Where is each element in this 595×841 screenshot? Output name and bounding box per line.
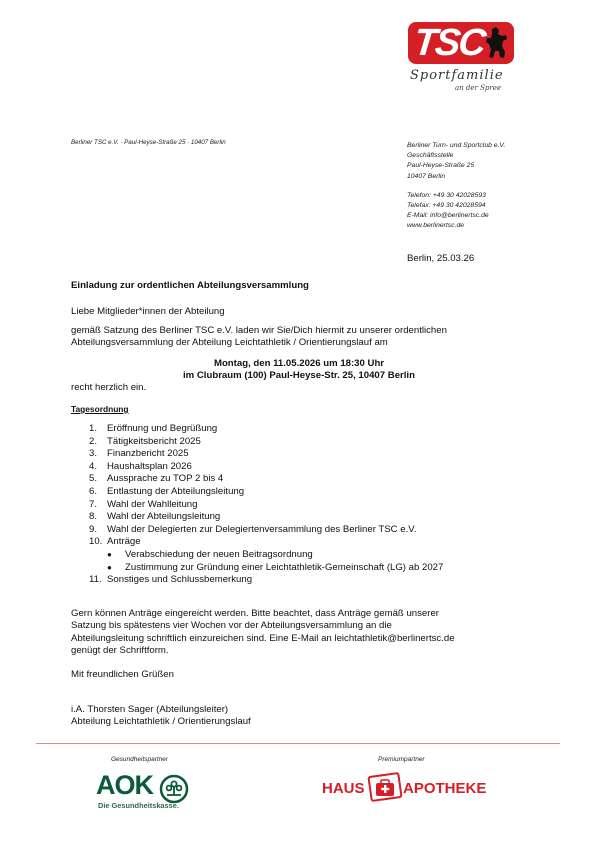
bullet-icon: ● (107, 562, 125, 575)
berlin-bear-icon (482, 26, 510, 60)
club-street: Paul-Heyse-Straße 25 (407, 161, 505, 171)
salutation: Liebe Mitglieder*innen der Abteilung (71, 306, 225, 317)
premium-partner-label: Premiumpartner (378, 756, 425, 763)
club-email: E-Mail: info@berlinertsc.de (407, 211, 505, 221)
aok-tree-icon (159, 774, 189, 804)
club-office: Geschäftsstelle (407, 151, 505, 161)
club-city: 10407 Berlin (407, 172, 505, 182)
tsc-logo-text: TSC (412, 22, 486, 64)
health-partner-label: Gesundheitspartner (111, 756, 168, 763)
agenda-item: 2.Tätigkeitsbericht 2025 (89, 436, 443, 449)
agenda-item: 1.Eröffnung und Begrüßung (89, 423, 443, 436)
agenda-item: 3.Finanzbericht 2025 (89, 448, 443, 461)
hausapotheke-logo-left: HAUS (322, 780, 365, 797)
agenda-item: 4.Haushaltsplan 2026 (89, 461, 443, 474)
aok-slogan: Die Gesundheitskasse. (98, 801, 179, 810)
agenda-list: 1.Eröffnung und Begrüßung 2.Tätigkeitsbe… (89, 423, 443, 587)
signature-block: i.A. Thorsten Sager (Abteilungsleiter) A… (71, 704, 251, 729)
letter-date: Berlin, 25.03.26 (407, 253, 474, 264)
letter-title: Einladung zur ordentlichen Abteilungsver… (71, 280, 309, 291)
agenda-item: 7.Wahl der Wahlleitung (89, 499, 443, 512)
event-location: im Clubraum (100) Paul-Heyse-Str. 25, 10… (71, 370, 527, 382)
agenda-item: 5.Aussprache zu TOP 2 bis 4 (89, 473, 443, 486)
motions-paragraph: Gern können Anträge eingereicht werden. … (71, 608, 541, 657)
invite-closing: recht herzlich ein. (71, 382, 146, 393)
club-name: Berliner Turn- und Sportclub e.V. (407, 141, 505, 151)
agenda-item: 6.Entlastung der Abteilungsleitung (89, 486, 443, 499)
logo-slogan: Sportfamilie (410, 68, 504, 83)
hausapotheke-logo-right: APOTHEKE (403, 780, 486, 797)
footer-divider (36, 743, 560, 744)
intro-paragraph: gemäß Satzung des Berliner TSC e.V. lade… (71, 325, 541, 349)
agenda-item: 8.Wahl der Abteilungsleitung (89, 511, 443, 524)
agenda-heading: Tagesordnung (71, 404, 129, 414)
signature-department: Abteilung Leichtathletik / Orientierungs… (71, 716, 251, 728)
event-date: Montag, den 11.05.2026 um 18:30 Uhr (71, 358, 527, 370)
agenda-item: 11.Sonstiges und Schlussbemerkung (89, 574, 443, 587)
agenda-subitem: ●Zustimmung zur Gründung einer Leichtath… (89, 562, 443, 575)
intro-line: Abteilungsversammlung der Abteilung Leic… (71, 337, 541, 349)
intro-line: gemäß Satzung des Berliner TSC e.V. lade… (71, 325, 541, 337)
sender-return-address: Berliner TSC e.V. · Paul-Heyse-Straße 25… (71, 139, 226, 146)
bullet-icon: ● (107, 549, 125, 562)
event-details: Montag, den 11.05.2026 um 18:30 Uhr im C… (71, 358, 527, 382)
signature-name: i.A. Thorsten Sager (Abteilungsleiter) (71, 704, 251, 716)
club-address-block: Berliner Turn- und Sportclub e.V. Geschä… (407, 141, 505, 232)
closing-regards: Mit freundlichen Grüßen (71, 669, 174, 680)
club-website: www.berlinertsc.de (407, 221, 505, 231)
logo-slogan-sub: an der Spree (455, 84, 501, 92)
first-aid-kit-icon (367, 772, 403, 802)
aok-logo: AOK (96, 770, 153, 801)
club-fax: Telefax: +49 30 42028594 (407, 201, 505, 211)
agenda-subitem: ●Verabschiedung der neuen Beitragsordnun… (89, 549, 443, 562)
agenda-item: 10.Anträge (89, 536, 443, 549)
agenda-item: 9.Wahl der Delegierten zur Delegiertenve… (89, 524, 443, 537)
club-phone: Telefon: +49 30 42028593 (407, 191, 505, 201)
